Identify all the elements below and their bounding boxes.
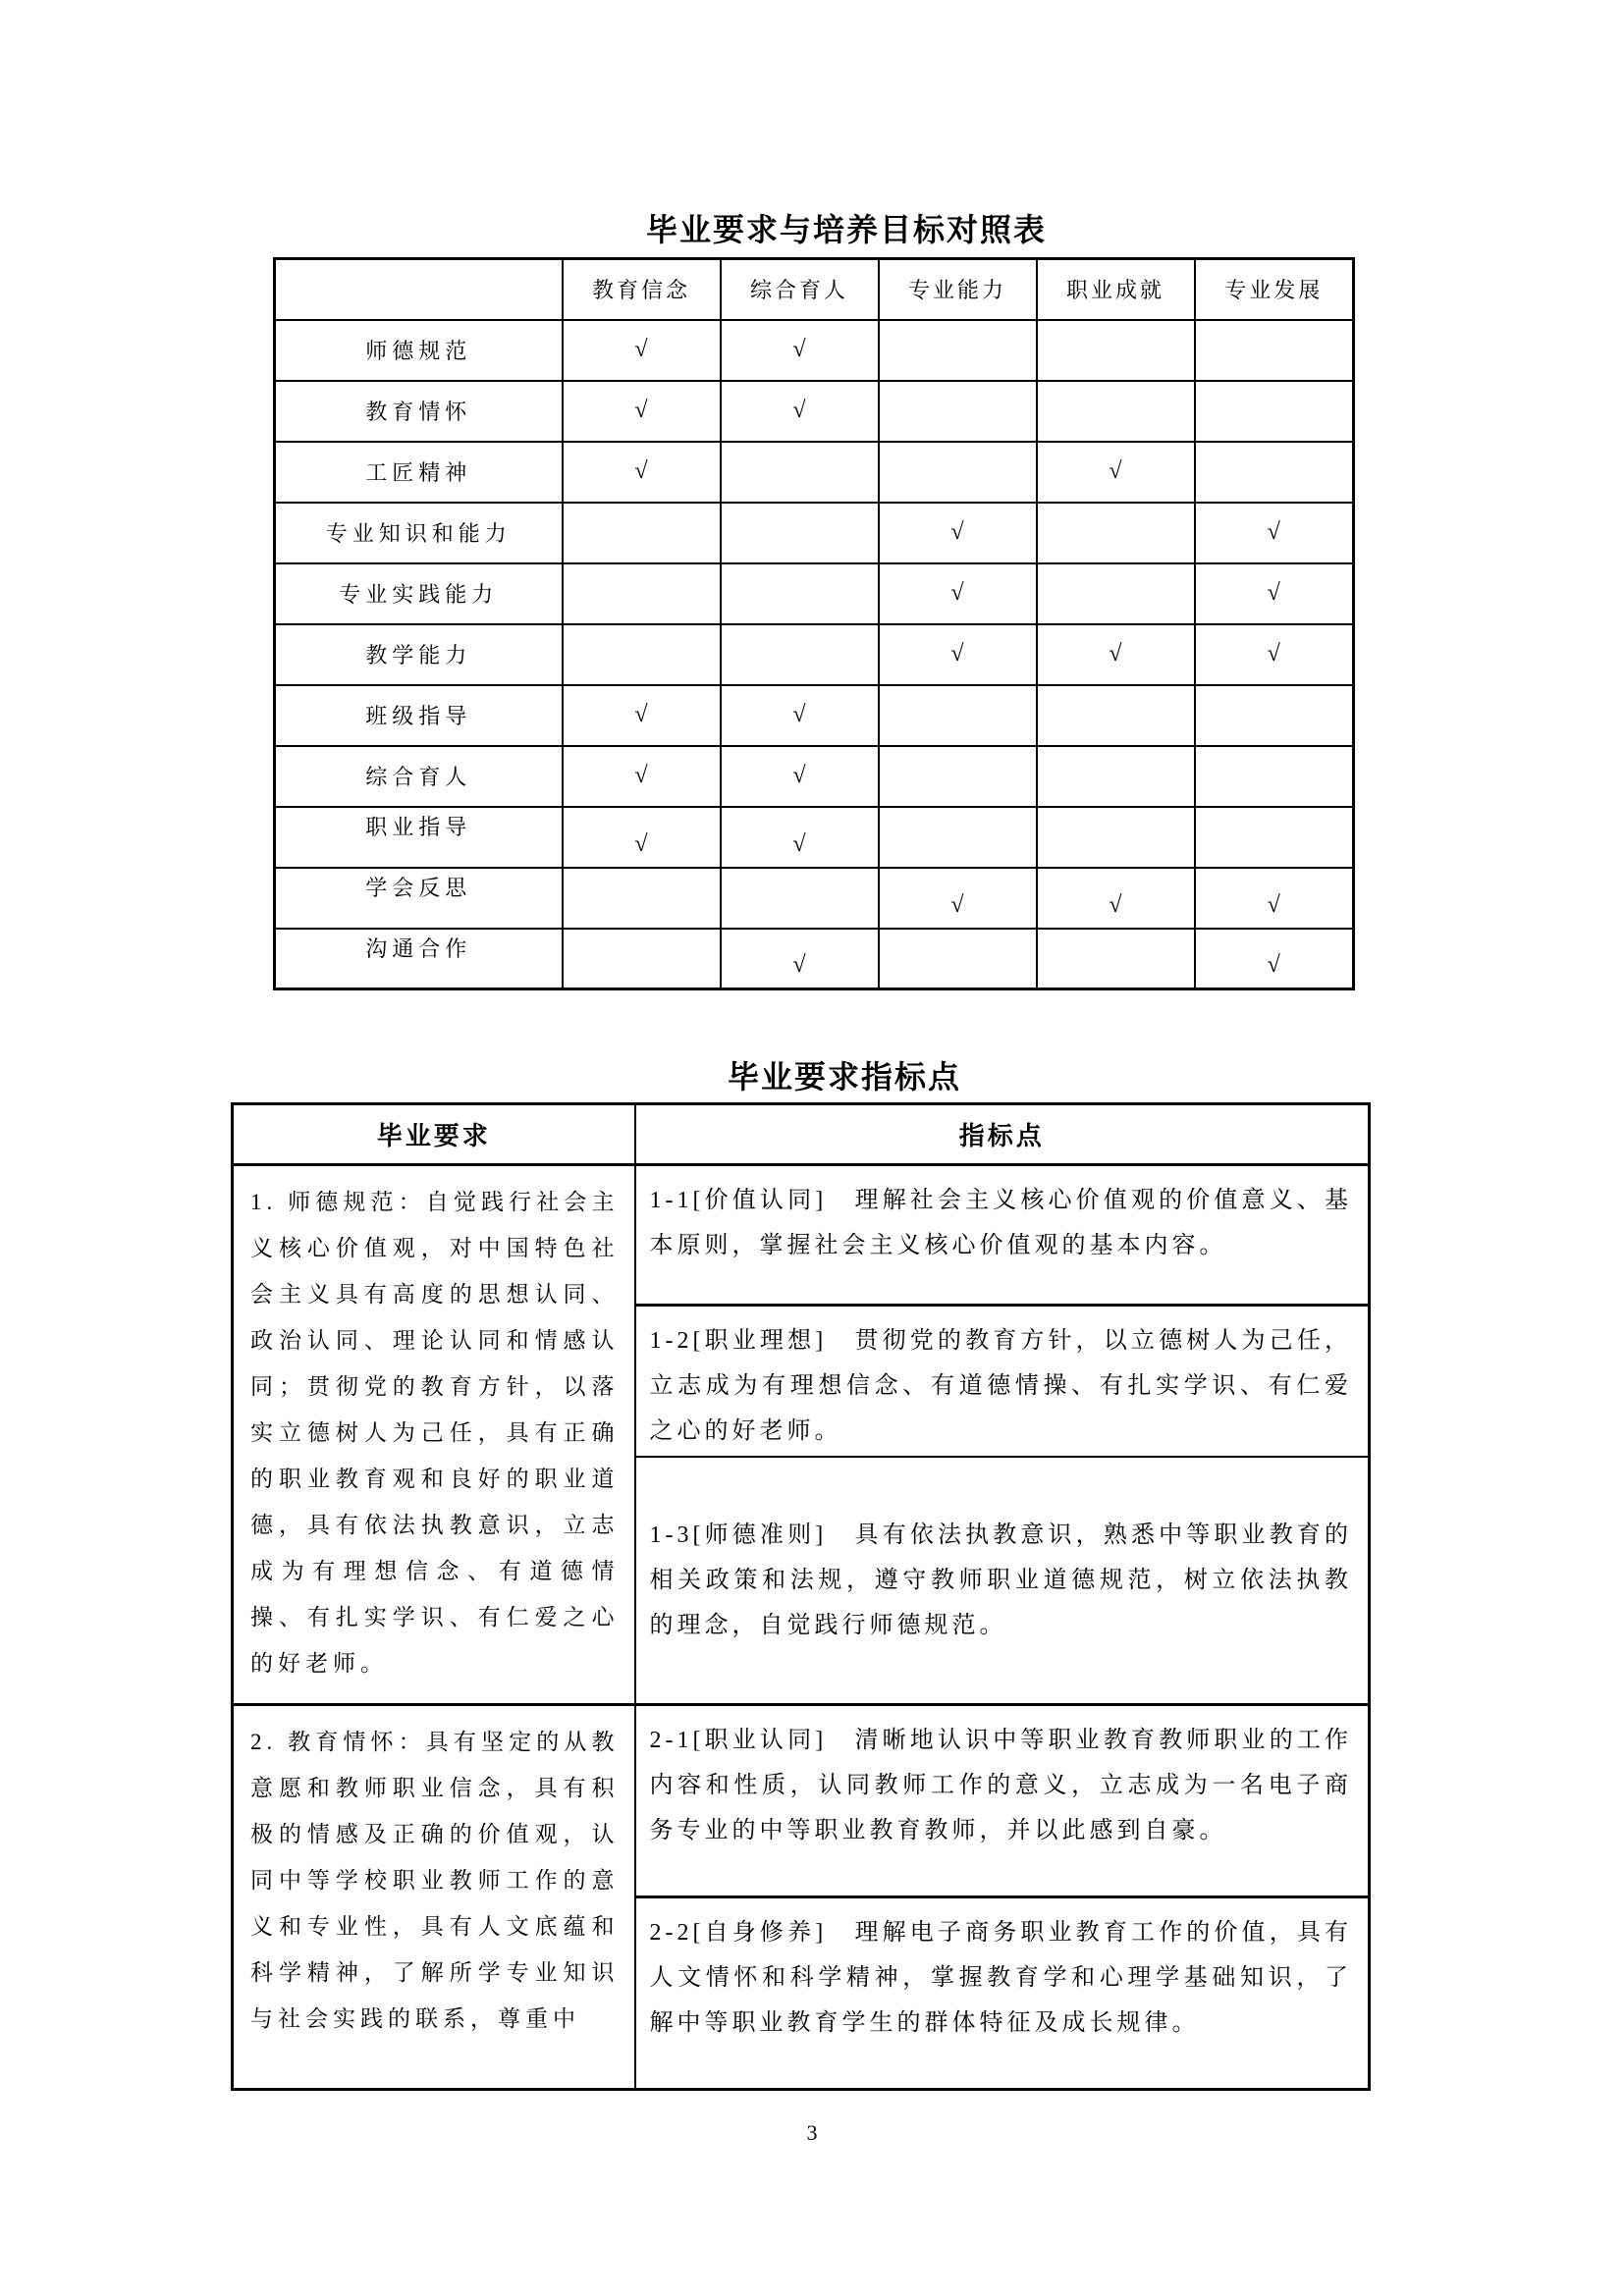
check-mark-cell: √ — [721, 320, 879, 381]
empty-cell — [563, 503, 721, 563]
matrix-row: 学会反思√√√ — [275, 868, 1354, 929]
empty-cell — [1037, 807, 1195, 868]
check-mark-cell: √ — [563, 807, 721, 868]
graduation-requirement-label: 职业指导 — [275, 807, 563, 868]
objective-col-header: 专业能力 — [879, 259, 1037, 320]
empty-cell — [721, 868, 879, 929]
matrix-table-title: 毕业要求与培养目标对照表 — [69, 205, 1624, 250]
empty-cell — [1037, 929, 1195, 989]
graduation-requirement-label: 沟通合作 — [275, 929, 563, 989]
indicators-table: 毕业要求 指标点 1. 师德规范：自觉践行社会主义核心价值观，对中国特色社会主义… — [231, 1102, 1371, 2091]
matrix-row: 教育情怀√√ — [275, 381, 1354, 442]
requirement-text-cell: 2. 教育情怀：具有坚定的从教意愿和教师职业信念，具有积极的情感及正确的价值观，… — [233, 1705, 635, 2090]
indicator-text-cell: 2-1[职业认同] 清晰地认识中等职业教育教师职业的工作内容和性质，认同教师工作… — [635, 1705, 1370, 1897]
indicator-row: 1. 师德规范：自觉践行社会主义核心价值观，对中国特色社会主义具有高度的思想认同… — [233, 1165, 1370, 1306]
objective-col-header: 职业成就 — [1037, 259, 1195, 320]
empty-cell — [1037, 685, 1195, 746]
empty-cell — [721, 503, 879, 563]
matrix-row: 班级指导√√ — [275, 685, 1354, 746]
empty-cell — [563, 624, 721, 685]
graduation-requirement-label: 教学能力 — [275, 624, 563, 685]
graduation-requirement-label: 学会反思 — [275, 868, 563, 929]
matrix-row: 沟通合作√√ — [275, 929, 1354, 989]
matrix-row: 工匠精神√√ — [275, 442, 1354, 503]
empty-cell — [1037, 563, 1195, 624]
document-page: 毕业要求与培养目标对照表 教育信念综合育人专业能力职业成就专业发展 师德规范√√… — [0, 0, 1624, 2296]
objective-col-header: 教育信念 — [563, 259, 721, 320]
objective-col-header: 综合育人 — [721, 259, 879, 320]
check-mark-cell: √ — [721, 746, 879, 807]
indicators-header-row: 毕业要求 指标点 — [233, 1104, 1370, 1165]
matrix-header-row: 教育信念综合育人专业能力职业成就专业发展 — [275, 259, 1354, 320]
indicators-table-title: 毕业要求指标点 — [65, 1052, 1624, 1097]
check-mark-cell: √ — [879, 624, 1037, 685]
empty-cell — [721, 624, 879, 685]
empty-cell — [721, 563, 879, 624]
empty-cell — [879, 442, 1037, 503]
matrix-row: 职业指导√√ — [275, 807, 1354, 868]
matrix-row: 综合育人√√ — [275, 746, 1354, 807]
empty-cell — [1037, 381, 1195, 442]
empty-cell — [563, 929, 721, 989]
matrix-corner-cell — [275, 259, 563, 320]
check-mark-cell: √ — [721, 807, 879, 868]
empty-cell — [563, 868, 721, 929]
indicators-col-header: 指标点 — [635, 1104, 1370, 1165]
empty-cell — [879, 320, 1037, 381]
check-mark-cell: √ — [1195, 624, 1354, 685]
empty-cell — [1195, 746, 1354, 807]
graduation-requirement-label: 班级指导 — [275, 685, 563, 746]
check-mark-cell: √ — [1037, 624, 1195, 685]
empty-cell — [1195, 442, 1354, 503]
graduation-requirement-label: 工匠精神 — [275, 442, 563, 503]
empty-cell — [721, 442, 879, 503]
empty-cell — [1037, 320, 1195, 381]
requirement-text-cell: 1. 师德规范：自觉践行社会主义核心价值观，对中国特色社会主义具有高度的思想认同… — [233, 1165, 635, 1705]
check-mark-cell: √ — [879, 563, 1037, 624]
check-mark-cell: √ — [879, 868, 1037, 929]
check-mark-cell: √ — [721, 685, 879, 746]
empty-cell — [879, 929, 1037, 989]
check-mark-cell: √ — [1037, 442, 1195, 503]
check-mark-cell: √ — [721, 381, 879, 442]
check-mark-cell: √ — [721, 929, 879, 989]
indicator-text-cell: 1-3[师德准则] 具有依法执教意识，熟悉中等职业教育的相关政策和法规，遵守教师… — [635, 1457, 1370, 1705]
check-mark-cell: √ — [563, 442, 721, 503]
check-mark-cell: √ — [1195, 563, 1354, 624]
check-mark-cell: √ — [563, 381, 721, 442]
empty-cell — [1195, 320, 1354, 381]
indicator-text-cell: 2-2[自身修养] 理解电子商务职业教育工作的价值，具有人文情怀和科学精神，掌握… — [635, 1897, 1370, 2090]
indicator-row: 2. 教育情怀：具有坚定的从教意愿和教师职业信念，具有积极的情感及正确的价值观，… — [233, 1705, 1370, 1897]
check-mark-cell: √ — [1195, 929, 1354, 989]
graduation-requirement-label: 教育情怀 — [275, 381, 563, 442]
empty-cell — [879, 807, 1037, 868]
graduation-requirement-label: 专业实践能力 — [275, 563, 563, 624]
requirements-col-header: 毕业要求 — [233, 1104, 635, 1165]
graduation-requirement-label: 专业知识和能力 — [275, 503, 563, 563]
check-mark-cell: √ — [563, 685, 721, 746]
check-mark-cell: √ — [1195, 868, 1354, 929]
check-mark-cell: √ — [563, 320, 721, 381]
empty-cell — [879, 381, 1037, 442]
empty-cell — [1195, 381, 1354, 442]
indicator-text-cell: 1-2[职业理想] 贯彻党的教育方针，以立德树人为己任，立志成为有理想信念、有道… — [635, 1306, 1370, 1457]
empty-cell — [1195, 807, 1354, 868]
check-mark-cell: √ — [1037, 868, 1195, 929]
graduation-requirement-label: 综合育人 — [275, 746, 563, 807]
objective-col-header: 专业发展 — [1195, 259, 1354, 320]
empty-cell — [563, 563, 721, 624]
matrix-row: 教学能力√√√ — [275, 624, 1354, 685]
check-mark-cell: √ — [563, 746, 721, 807]
matrix-row: 专业知识和能力√√ — [275, 503, 1354, 563]
page-number: 3 — [0, 2120, 1624, 2146]
empty-cell — [1037, 503, 1195, 563]
matrix-row: 师德规范√√ — [275, 320, 1354, 381]
indicator-text-cell: 1-1[价值认同] 理解社会主义核心价值观的价值意义、基本原则，掌握社会主义核心… — [635, 1165, 1370, 1306]
empty-cell — [1037, 746, 1195, 807]
check-mark-cell: √ — [879, 503, 1037, 563]
check-mark-cell: √ — [1195, 503, 1354, 563]
empty-cell — [879, 685, 1037, 746]
empty-cell — [1195, 685, 1354, 746]
matrix-row: 专业实践能力√√ — [275, 563, 1354, 624]
graduation-requirement-label: 师德规范 — [275, 320, 563, 381]
empty-cell — [879, 746, 1037, 807]
objectives-matrix-table: 教育信念综合育人专业能力职业成就专业发展 师德规范√√教育情怀√√工匠精神√√专… — [273, 257, 1355, 990]
